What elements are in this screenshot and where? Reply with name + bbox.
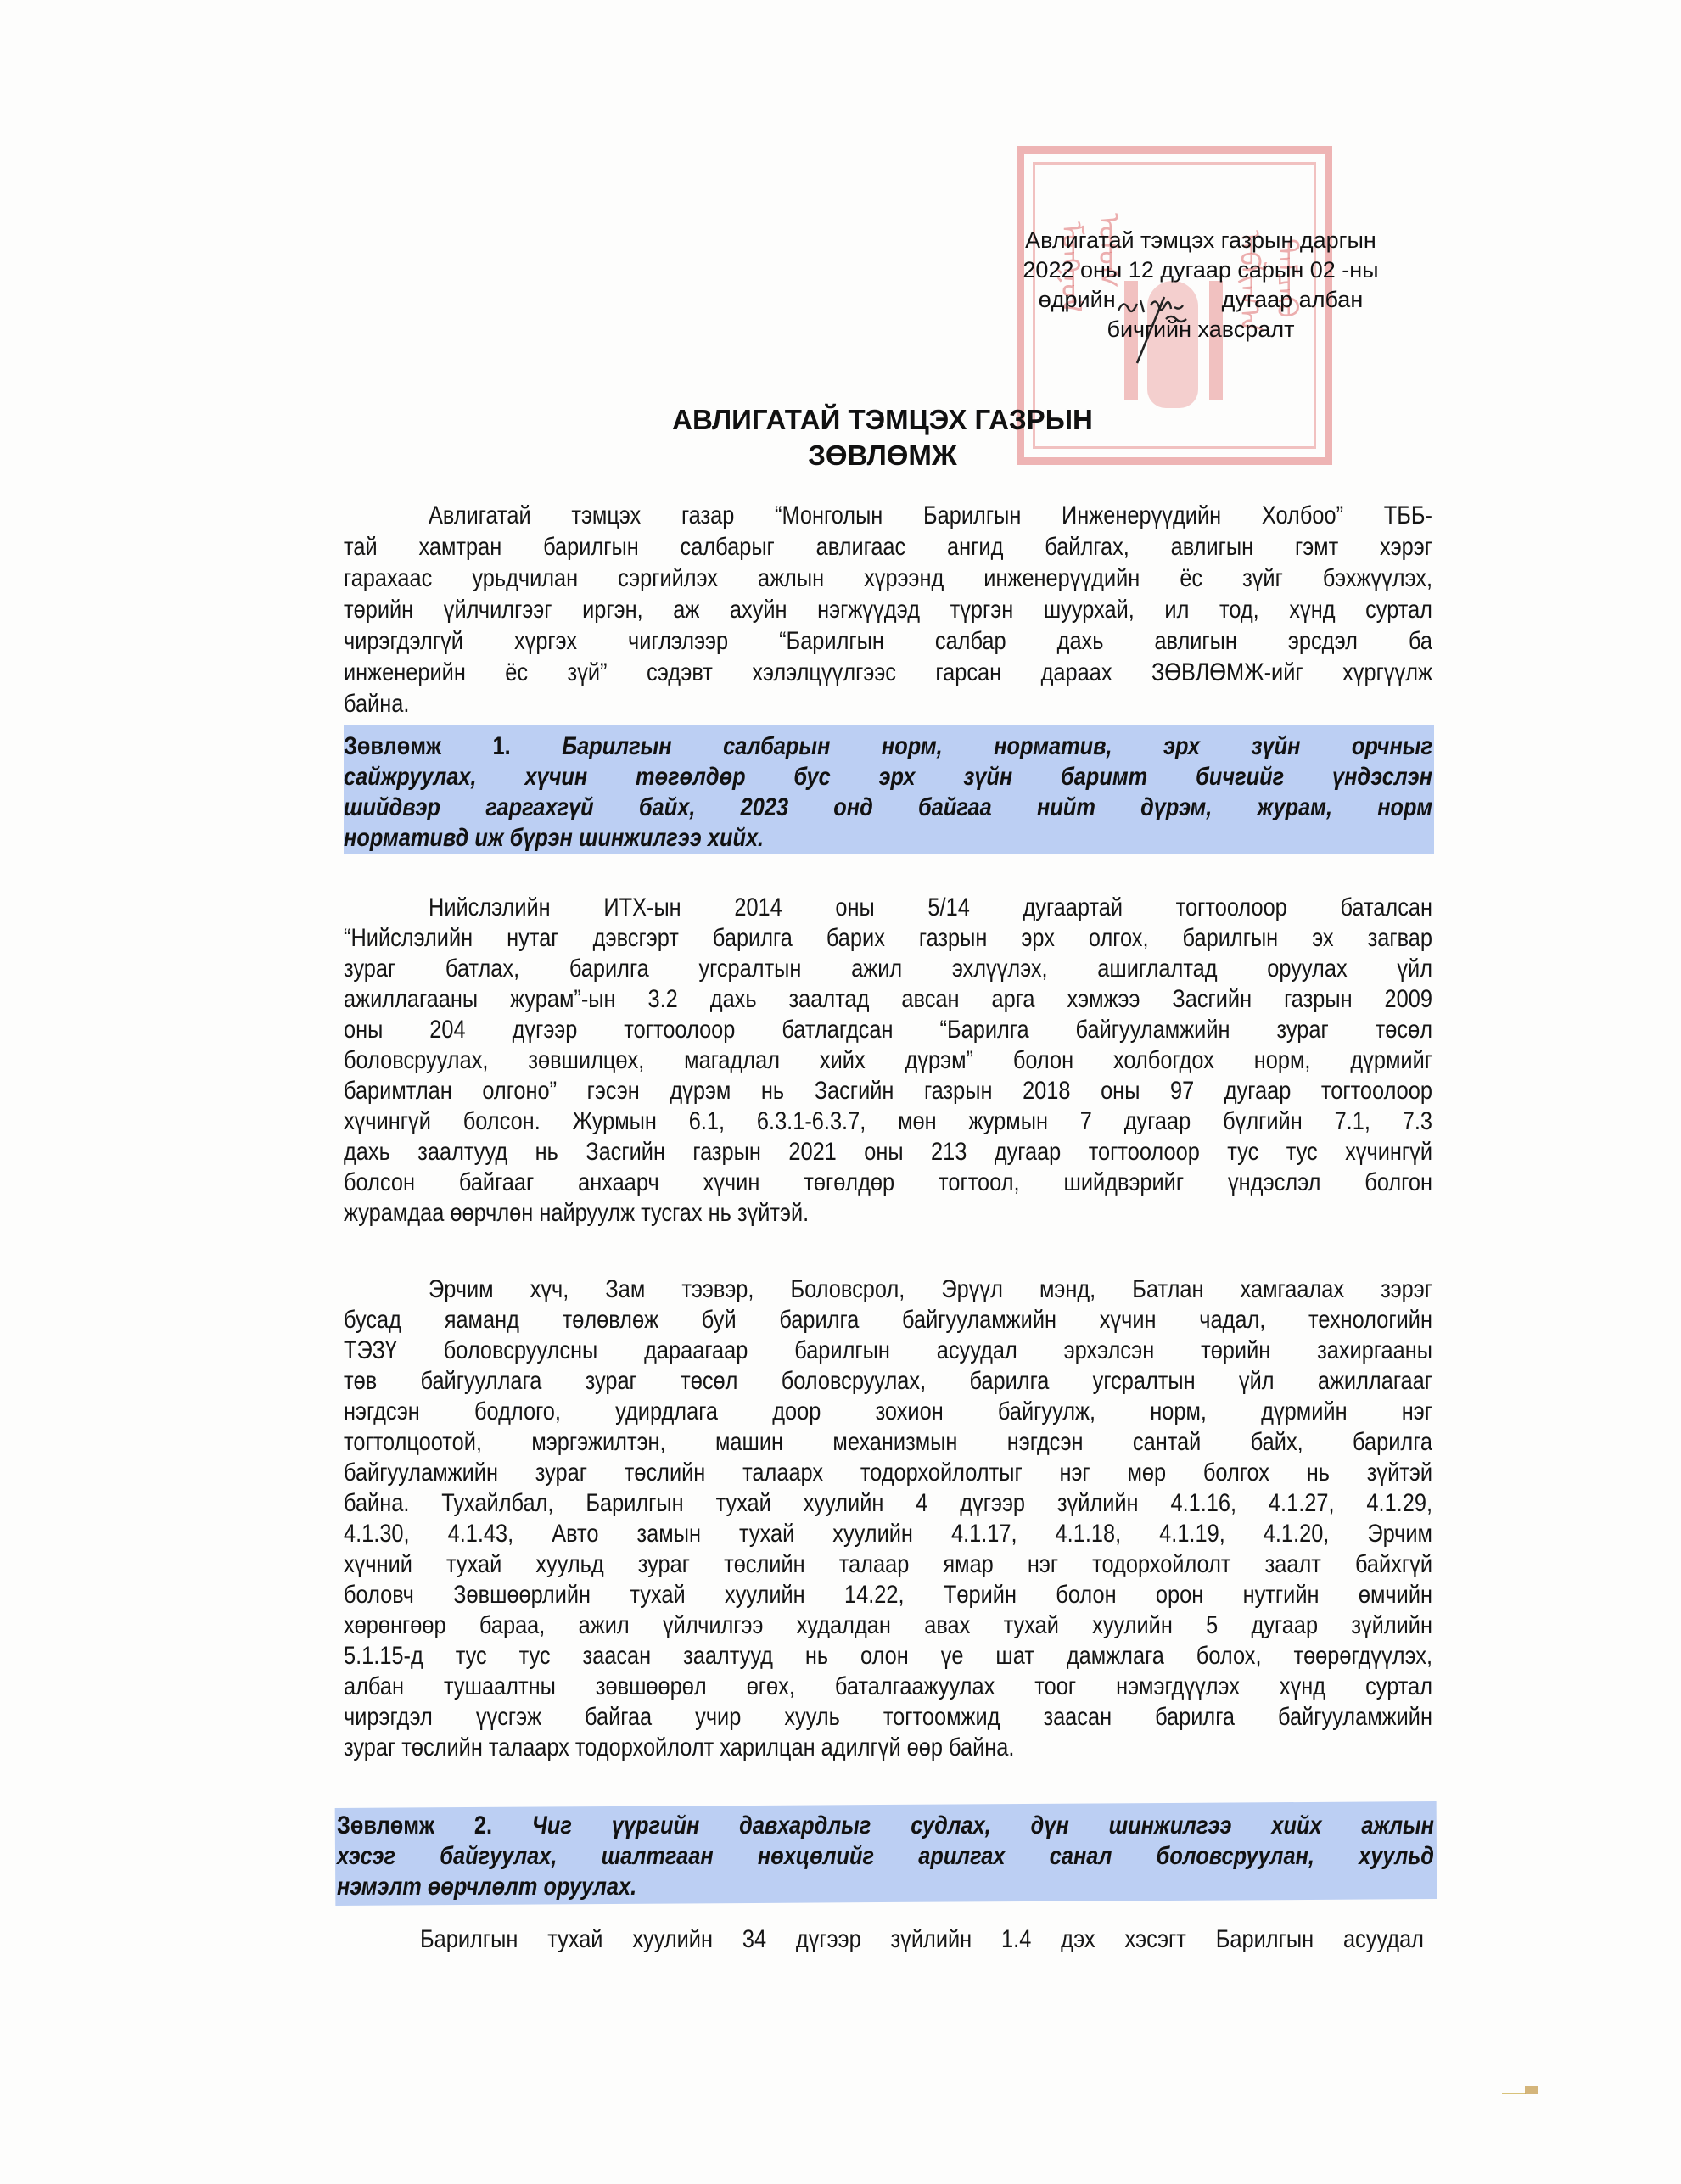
text-line: зураг төслийн талаарх тодорхойлолт харил… <box>344 1733 1280 1763</box>
text-line: чирэгдэлгүй хүргэх чиглэлээр “Барилгын с… <box>344 626 1280 657</box>
text-line: тогтолцоотой, мэргэжилтэн, машин механиз… <box>344 1427 1280 1458</box>
title-line-2: ЗӨВЛӨМЖ <box>594 438 1171 473</box>
title-line-1: АВЛИГАТАЙ ТЭМЦЭХ ГАЗРЫН <box>594 402 1171 438</box>
text-line: 4.1.30, 4.1.43, Авто замын тухай хуулийн… <box>344 1519 1280 1549</box>
attachment-line-2: 2022 оны 12 дугаар сарын 02 -ны <box>980 255 1421 285</box>
scan-artifact-mark <box>1525 2086 1538 2094</box>
text-line: нормативд иж бүрэн шинжилгээ хийх. <box>344 823 1280 854</box>
text-line: байна. Тухайлбал, Барилгын тухай хуулийн… <box>344 1488 1280 1519</box>
text-line: ТЭЗҮ боловсруулсны дараагаар барилгын ас… <box>344 1336 1280 1366</box>
text-line: болсон байгааг анхаарч хүчин төгөлдөр то… <box>344 1168 1280 1198</box>
attachment-line-3: өдрийн дугаар албан <box>980 285 1421 315</box>
text-line: боловсруулах, зөвшилцөх, магадлал хийх д… <box>344 1045 1280 1076</box>
text-line: байна. <box>344 689 1280 720</box>
text-line: гарахаас урьдчилан сэргийлэх ажлын хүрээ… <box>344 563 1280 594</box>
attachment-line-4: бичгийн хавсралт <box>980 315 1421 344</box>
text-line: төв байгууллага зураг төсөл боловсруулах… <box>344 1366 1280 1397</box>
text-line: боловч Зөвшөөрлийн тухай хуулийн 14.22, … <box>344 1580 1280 1610</box>
text-line: Нийслэлийн ИТХ-ын 2014 оны 5/14 дугаарта… <box>429 893 1292 923</box>
text-line: бусад яаманд төлөвлөж буй барилга байгуу… <box>344 1305 1280 1336</box>
text-line: нэгдсэн бодлого, удирдлага доор зохион б… <box>344 1397 1280 1427</box>
attachment-line-1: Авлигатай тэмцэх газрын даргын <box>980 226 1421 255</box>
text-line: албан тушаалтны зөвшөөрөл өгөх, баталгаа… <box>344 1672 1280 1702</box>
text-line: хөрөнгөөр бараа, ажил үйлчилгээ худалдан… <box>344 1610 1280 1641</box>
text-line: 5.1.15-д тус тус заасан заалтууд нь олон… <box>344 1641 1280 1672</box>
recommendation-1-label: Зөвлөмж 1. <box>344 732 511 760</box>
text-line: Зөвлөмж 1. Барилгын салбарын норм, норма… <box>344 731 1280 762</box>
text-line: Барилгын тухай хуулийн 34 дүгээр зүйлийн… <box>420 1924 1283 1955</box>
text-line: дахь заалтууд нь Засгийн газрын 2021 оны… <box>344 1137 1280 1168</box>
page-title: АВЛИГАТАЙ ТЭМЦЭХ ГАЗРЫН ЗӨВЛӨМЖ <box>594 402 1171 473</box>
text-line: инженерийн ёс зүй” сэдэвт хэлэлцүүлгээс … <box>344 658 1280 688</box>
text-line: нэмэлт өөрчлөлт оруулах. <box>337 1872 1280 1902</box>
text-line: байгууламжийн зураг төслийн талаарх тодо… <box>344 1458 1280 1488</box>
recommendation-2-label: Зөвлөмж 2. <box>337 1812 492 1840</box>
text-line: хүчний тухай хуульд зураг төслийн талаар… <box>344 1549 1280 1580</box>
text-line: шийдвэр гаргахгүй байх, 2023 онд байгаа … <box>344 792 1280 823</box>
text-line: Авлигатай тэмцэх газар “Монголын Барилгы… <box>429 501 1292 531</box>
text-line: чирэгдэл үүсгэж байгаа учир хууль тогтоо… <box>344 1702 1280 1733</box>
text-line: Эрчим хүч, Зам тээвэр, Боловсрол, Эрүүл … <box>429 1274 1292 1305</box>
attachment-note: Авлигатай тэмцэх газрын даргын 2022 оны … <box>980 226 1421 344</box>
text-line: хүчингүй болсон. Журмын 6.1, 6.3.1-6.3.7… <box>344 1106 1280 1137</box>
text-line: Зөвлөмж 2. Чиг үүргийн давхардлыг судлах… <box>337 1811 1280 1841</box>
text-line: зураг батлах, барилга угсралтын ажил эхл… <box>344 954 1280 984</box>
text-line: оны 204 дүгээр тогтоолоор батлагдсан “Ба… <box>344 1015 1280 1045</box>
text-line: ажиллагааны журам”-ын 3.2 дахь заалтад а… <box>344 984 1280 1015</box>
text-line: “Нийслэлийн нутаг дэвсгэрт барилга барих… <box>344 923 1280 954</box>
text-line: баримтлан олгоно” гэсэн дүрэм нь Засгийн… <box>344 1076 1280 1106</box>
text-line: сайжруулах, хүчин төгөлдөр бус эрх зүйн … <box>344 762 1280 792</box>
text-line: хэсэг байгуулах, шалтгаан нөхцөлийг арил… <box>337 1841 1280 1872</box>
text-line: төрийн үйлчилгээг иргэн, аж ахуйн нэгжүү… <box>344 595 1280 625</box>
text-line: тай хамтран барилгын салбарыг авлигаас а… <box>344 532 1280 563</box>
document-page: ᠮᠣᠩᠭᠣᠯ ᠤᠯᠤᠰ ᠠᠪᠯᠢᠭ᠎ᠠ ᠲᠡᠮᠴᠡᠬᠦ Авлигатай тэ… <box>0 0 1681 2184</box>
scan-artifact-line <box>1502 2093 1526 2094</box>
text-line: журамдаа өөрчлөн найруулж тусгах нь зүйт… <box>344 1198 1280 1229</box>
